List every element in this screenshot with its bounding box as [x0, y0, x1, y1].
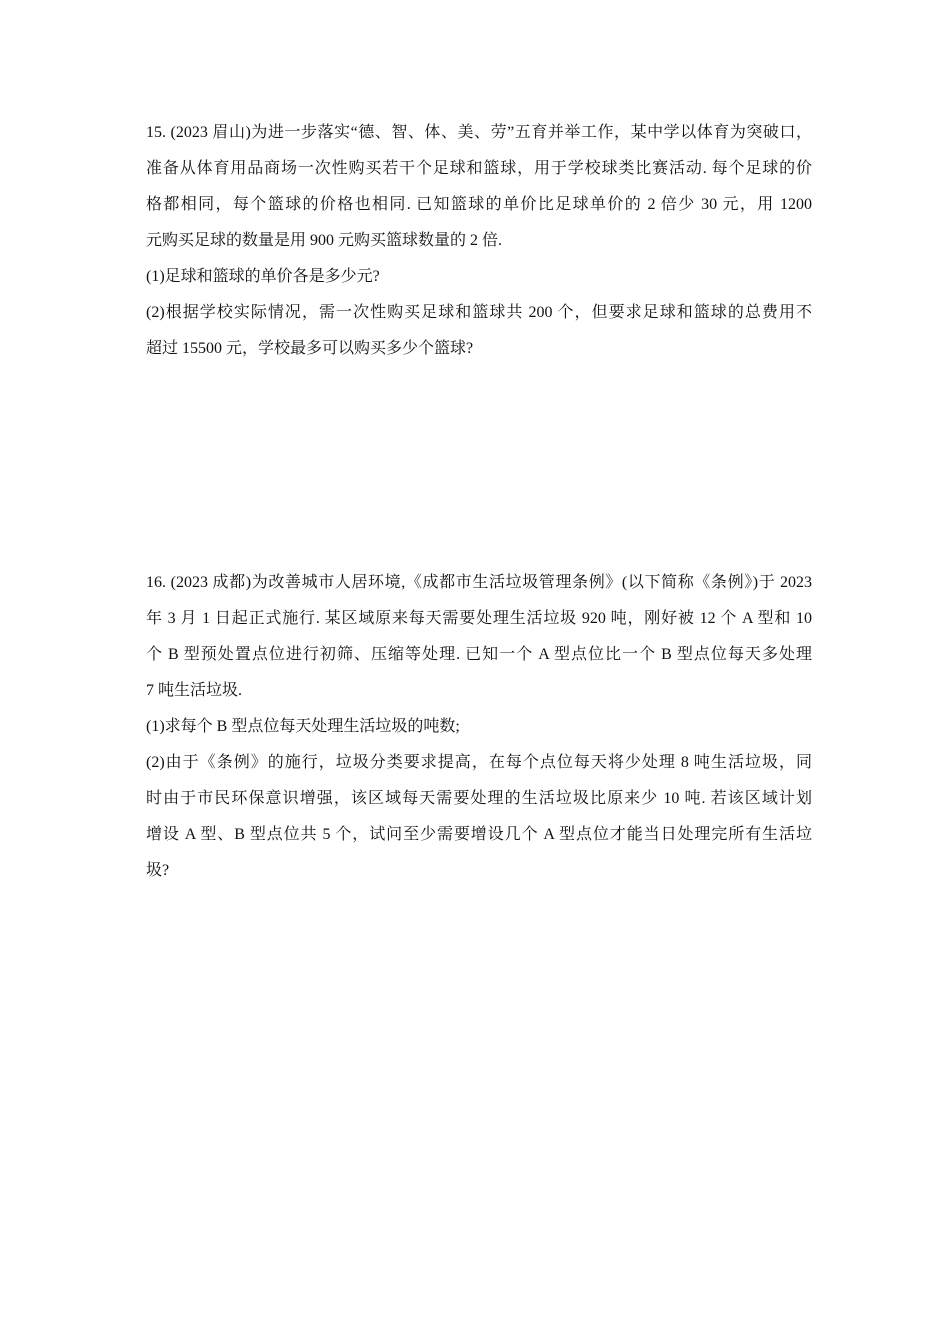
problem-15-part-1: (1)足球和篮球的单价各是多少元? — [146, 259, 812, 295]
problem-16-stem-line: 个 B 型预处置点位进行初筛、压缩等处理. 已知一个 A 型点位比一个 B 型点… — [146, 637, 812, 673]
problem-16-stem-line: 16. (2023 成都)为改善城市人居环境,《成都市生活垃圾管理条例》(以下简… — [146, 565, 812, 601]
problem-15-part-2-cont: 超过 15500 元，学校最多可以购买多少个篮球? — [146, 331, 812, 367]
problem-15-part-2: (2)根据学校实际情况，需一次性购买足球和篮球共 200 个，但要求足球和篮球的… — [146, 295, 812, 331]
problem-16-part-2-cont: 增设 A 型、B 型点位共 5 个，试问至少需要增设几个 A 型点位才能当日处理… — [146, 817, 812, 853]
problem-16-part-2-cont: 圾? — [146, 853, 812, 889]
problem-16-stem-line: 年 3 月 1 日起正式施行. 某区域原来每天需要处理生活垃圾 920 吨，刚好… — [146, 601, 812, 637]
problem-16: 16. (2023 成都)为改善城市人居环境,《成都市生活垃圾管理条例》(以下简… — [146, 565, 812, 889]
problem-16-part-2-cont: 时由于市民环保意识增强，该区域每天需要处理的生活垃圾比原来少 10 吨. 若该区… — [146, 781, 812, 817]
problem-15: 15. (2023 眉山)为进一步落实“德、智、体、美、劳”五育并举工作，某中学… — [146, 115, 812, 367]
problem-15-stem-line: 元购买足球的数量是用 900 元购买篮球数量的 2 倍. — [146, 223, 812, 259]
problem-16-stem-line: 7 吨生活垃圾. — [146, 673, 812, 709]
problem-16-part-2: (2)由于《条例》的施行，垃圾分类要求提高，在每个点位每天将少处理 8 吨生活垃… — [146, 745, 812, 781]
problem-16-part-1: (1)求每个 B 型点位每天处理生活垃圾的吨数; — [146, 709, 812, 745]
problem-15-stem-line: 15. (2023 眉山)为进一步落实“德、智、体、美、劳”五育并举工作，某中学… — [146, 115, 812, 151]
problem-15-stem-line: 格都相同，每个篮球的价格也相同. 已知篮球的单价比足球单价的 2 倍少 30 元… — [146, 187, 812, 223]
problem-15-stem-line: 准备从体育用品商场一次性购买若干个足球和篮球，用于学校球类比赛活动. 每个足球的… — [146, 151, 812, 187]
